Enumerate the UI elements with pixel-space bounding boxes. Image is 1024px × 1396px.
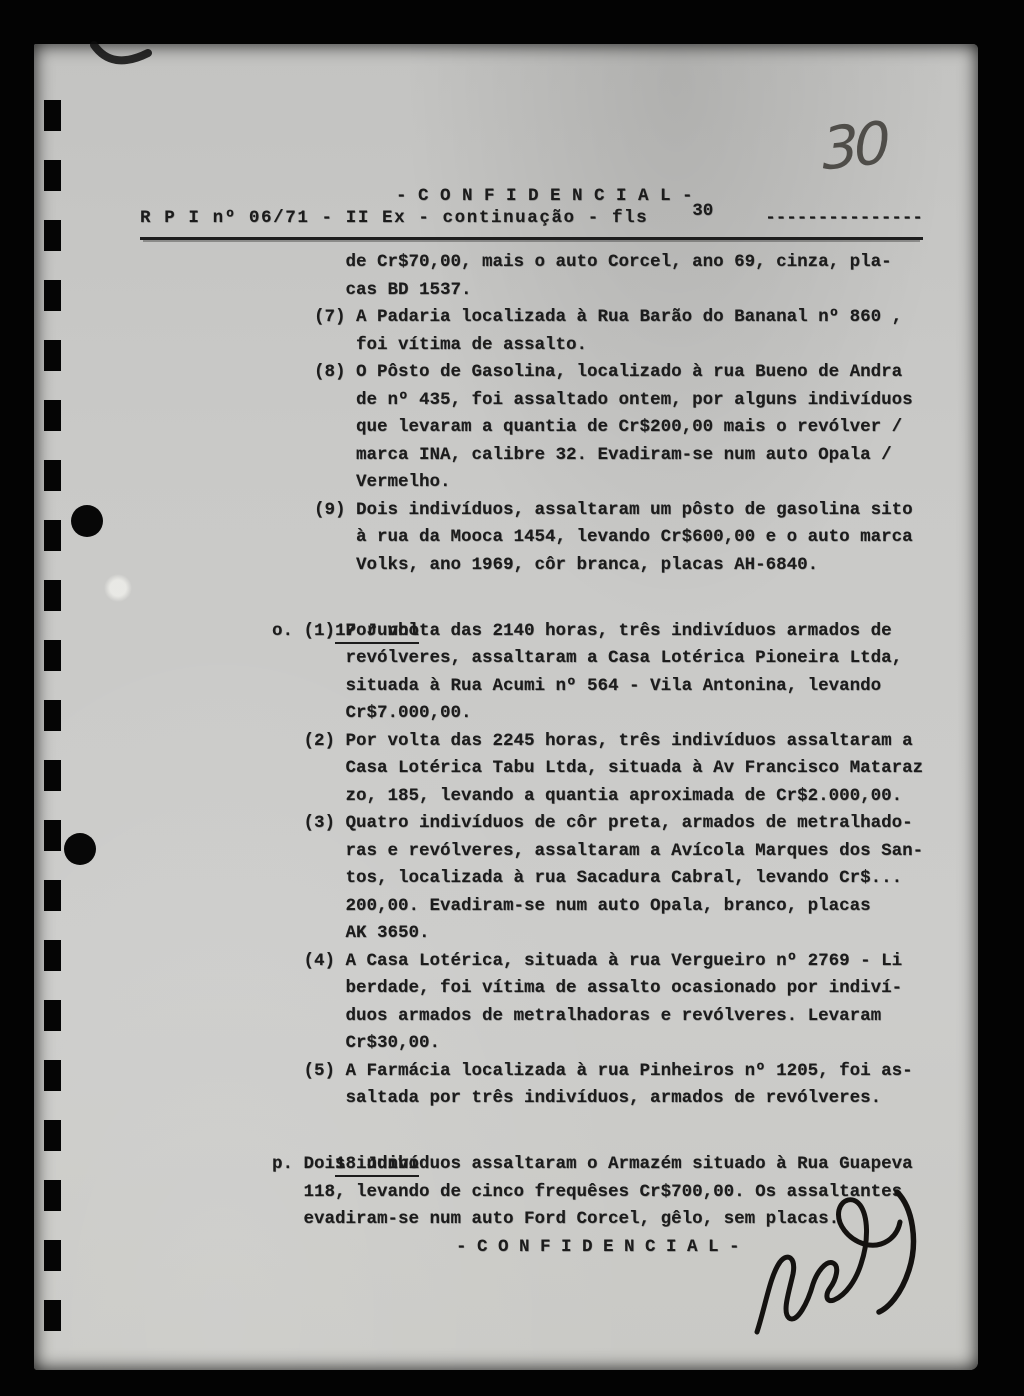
binding-perforations bbox=[44, 100, 61, 1352]
report-body: de Cr$70,00, mais o auto Corcel, ano 69,… bbox=[272, 249, 923, 1261]
classification-banner-bottom: - C O N F I D E N C I A L - bbox=[272, 1234, 923, 1262]
reference-line: R P I nº 06/71 - II Ex - continuação - f… bbox=[140, 207, 923, 240]
section-heading-18-junho: 18 Junho bbox=[272, 1124, 923, 1152]
classification-banner-top: - C O N F I D E N C I A L - bbox=[396, 186, 693, 206]
paragraph-18-junho: p. Dois indivíduos assaltaram o Armazém … bbox=[272, 1151, 923, 1234]
section-heading-17-junho: 17 Junho bbox=[272, 590, 923, 618]
hole-punch-mark-lower bbox=[64, 833, 96, 865]
hole-punch-mark-upper bbox=[71, 505, 103, 537]
continuation-paragraph: de Cr$70,00, mais o auto Corcel, ano 69,… bbox=[272, 249, 923, 304]
incident-items-previous-day: (7) A Padaria localizada à Rua Barão do … bbox=[272, 304, 923, 579]
dash-row: --------------- bbox=[765, 207, 923, 229]
scan-backdrop: 30 - C O N F I D E N C I A L - R P I nº … bbox=[0, 0, 1024, 1396]
folio-number: 30 bbox=[692, 200, 713, 222]
reference-text: R P I nº 06/71 - II Ex - continuação - f… bbox=[140, 207, 648, 229]
incident-items-17-junho: o. (1) Por volta das 2140 horas, três in… bbox=[272, 618, 923, 1113]
handwritten-page-number: 30 bbox=[821, 109, 887, 184]
